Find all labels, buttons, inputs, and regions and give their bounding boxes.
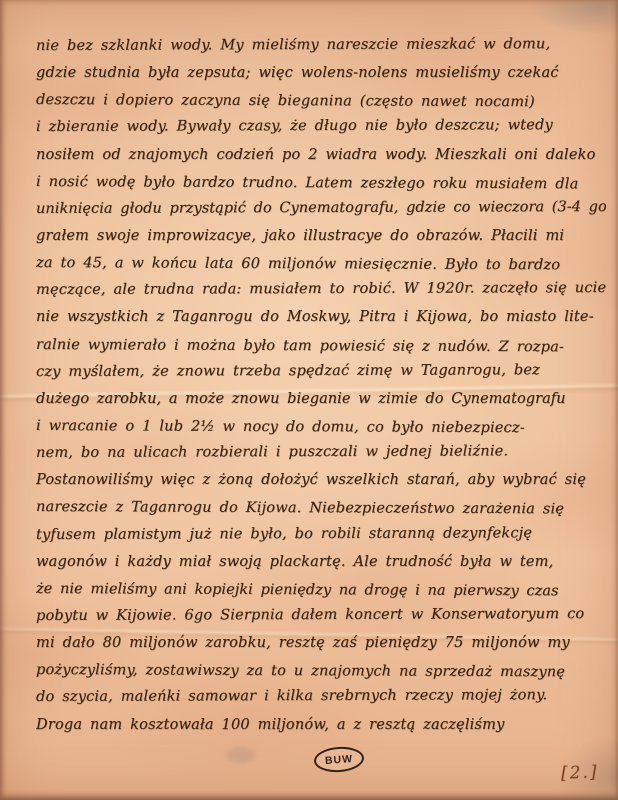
manuscript-line: gdzie studnia była zepsuta; więc wolens-… xyxy=(36,60,606,87)
manuscript-line: czy myślałem, że znowu trzeba spędzać zi… xyxy=(36,357,606,386)
manuscript-line: wagonów i każdy miał swoją plackartę. Al… xyxy=(36,549,606,576)
page-number: [2.] xyxy=(560,762,598,783)
manuscript-line: Droga nam kosztowała 100 miljonów, a z r… xyxy=(36,712,606,739)
manuscript-line: uniknięcia głodu przystąpić do Cynematog… xyxy=(36,194,606,223)
manuscript-line: dużego zarobku, a może znowu bieganie w … xyxy=(36,386,606,413)
letter-body: nie bez szklanki wody. My mieliśmy nares… xyxy=(36,33,606,739)
buw-library-stamp: BUW xyxy=(313,745,365,773)
manuscript-line: nie bez szklanki wody. My mieliśmy nares… xyxy=(36,31,606,60)
manuscript-line: nosiłem od znajomych codzień po 2 wiadra… xyxy=(36,142,606,169)
faint-stamp-mark xyxy=(226,747,256,763)
stamp-label: BUW xyxy=(325,753,354,767)
manuscript-line: nem, bo na ulicach rozbierali i puszczal… xyxy=(36,438,606,467)
letter-page: nie bez szklanki wody. My mieliśmy nares… xyxy=(0,0,618,800)
manuscript-line: męczące, ale trudna rada: musiałem to ro… xyxy=(36,275,606,304)
manuscript-line: i zbieranie wody. Bywały czasy, że długo… xyxy=(36,112,606,141)
manuscript-line: mi dało 80 miljonów zarobku, resztę zaś … xyxy=(36,630,606,657)
manuscript-line: nie wszystkich z Taganrogu do Moskwy, Pi… xyxy=(36,304,606,331)
manuscript-line: pobytu w Kijowie. 6go Sierpnia dałem kon… xyxy=(36,601,606,630)
manuscript-line: do szycia, maleńki samowar i kilka srebr… xyxy=(36,682,606,711)
manuscript-line: grałem swoje improwizacye, jako illustra… xyxy=(36,223,606,250)
manuscript-line: Postanowiliśmy więc z żoną dołożyć wszel… xyxy=(36,467,606,494)
manuscript-line: tyfusem plamistym już nie było, bo robil… xyxy=(36,520,606,549)
